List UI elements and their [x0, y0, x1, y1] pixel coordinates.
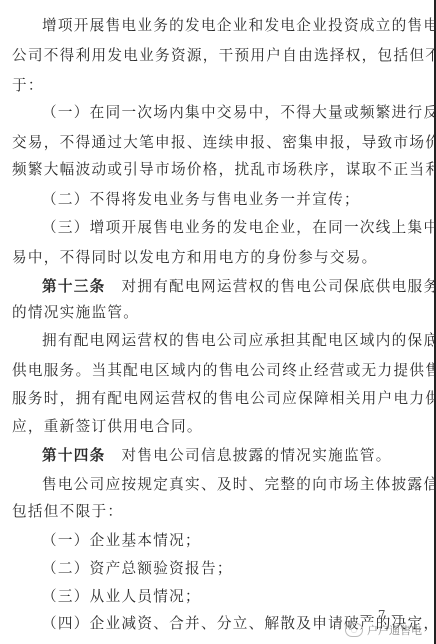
- line-text: 售电公司应按规定真实、及时、完整的向市场主体披露信息，: [42, 476, 436, 493]
- document-page: 增项开展售电业务的发电企业和发电企业投资成立的售电公司不得利用发电业务资源，干预…: [0, 0, 436, 644]
- page-number: — 7 —: [360, 608, 404, 622]
- article-number: 第十三条: [42, 278, 106, 295]
- line-text: 的情况实施监管。: [12, 304, 139, 321]
- article-number: 第十四条: [42, 447, 106, 464]
- watermark-text: 户户通售电: [367, 622, 422, 638]
- wechat-icon: ◌: [345, 623, 363, 637]
- text-line: 公司不得利用发电业务资源，干预用户自由选择权，包括但不限: [12, 46, 436, 66]
- line-text: （一）在同一次场内集中交易中，不得大量或频繁进行反向: [42, 104, 436, 121]
- text-line: 频繁大幅波动或引导市场价格，扰乱市场秩序，谋取不正当利益；: [12, 160, 436, 180]
- article-heading-line: 第十三条 对拥有配电网运营权的售电公司保底供电服务: [42, 277, 436, 297]
- text-line: （二）资产总额验资报告；: [42, 559, 233, 579]
- line-text: 增项开展售电业务的发电企业和发电企业投资成立的售电: [42, 17, 436, 34]
- line-text: 应，重新签订供用电合同。: [12, 418, 203, 435]
- line-text: （三）增项开展售电业务的发电企业，在同一次线上集中交: [42, 219, 436, 236]
- article-heading-line: 第十四条 对售电公司信息披露的情况实施监管。: [42, 446, 392, 466]
- text-line: （一）企业基本情况；: [42, 531, 201, 551]
- line-text: （二）资产总额验资报告；: [42, 560, 233, 577]
- text-line: （三）增项开展售电业务的发电企业，在同一次线上集中交: [42, 218, 436, 238]
- line-text: 于：: [12, 77, 44, 94]
- text-line: 易中，不得同时以发电方和用电方的身份参与交易。: [12, 248, 378, 268]
- text-line: 应，重新签订供用电合同。: [12, 417, 203, 437]
- text-line: 交易，不得通过大笔申报、连续申报、密集申报，导致市场价格: [12, 133, 436, 153]
- line-text: 服务时，拥有配电网运营权的售电公司应保障相关用户电力供: [12, 390, 436, 407]
- line-text: 交易，不得通过大笔申报、连续申报、密集申报，导致市场价格: [12, 134, 436, 151]
- text-line: 服务时，拥有配电网运营权的售电公司应保障相关用户电力供: [12, 389, 436, 409]
- line-text: 公司不得利用发电业务资源，干预用户自由选择权，包括但不限: [12, 47, 436, 64]
- line-text: 供电服务。当其配电区域内的售电公司终止经营或无力提供售电: [12, 362, 436, 379]
- line-text: 易中，不得同时以发电方和用电方的身份参与交易。: [12, 249, 378, 266]
- text-line: （二）不得将发电业务与售电业务一并宣传；: [42, 190, 360, 210]
- line-text: （一）企业基本情况；: [42, 532, 201, 549]
- line-text: 对拥有配电网运营权的售电公司保底供电服务: [106, 278, 436, 295]
- watermark: ◌ 户户通售电: [345, 622, 422, 638]
- line-text: （三）从业人员情况；: [42, 588, 201, 605]
- text-line: 供电服务。当其配电区域内的售电公司终止经营或无力提供售电: [12, 361, 436, 381]
- line-text: 包括但不限于：: [12, 503, 123, 520]
- text-line: 包括但不限于：: [12, 502, 123, 522]
- text-line: （一）在同一次场内集中交易中，不得大量或频繁进行反向: [42, 103, 436, 123]
- text-line: 于：: [12, 76, 44, 96]
- line-text: （二）不得将发电业务与售电业务一并宣传；: [42, 191, 360, 208]
- line-text: 拥有配电网运营权的售电公司应承担其配电区域内的保底: [42, 332, 436, 349]
- text-line: 拥有配电网运营权的售电公司应承担其配电区域内的保底: [42, 331, 436, 351]
- text-line: （三）从业人员情况；: [42, 587, 201, 607]
- text-line: 售电公司应按规定真实、及时、完整的向市场主体披露信息，: [42, 475, 436, 495]
- line-text: 频繁大幅波动或引导市场价格，扰乱市场秩序，谋取不正当利益；: [12, 161, 436, 178]
- line-text: 对售电公司信息披露的情况实施监管。: [106, 447, 392, 464]
- text-line: 增项开展售电业务的发电企业和发电企业投资成立的售电: [42, 16, 436, 36]
- text-line: 的情况实施监管。: [12, 303, 139, 323]
